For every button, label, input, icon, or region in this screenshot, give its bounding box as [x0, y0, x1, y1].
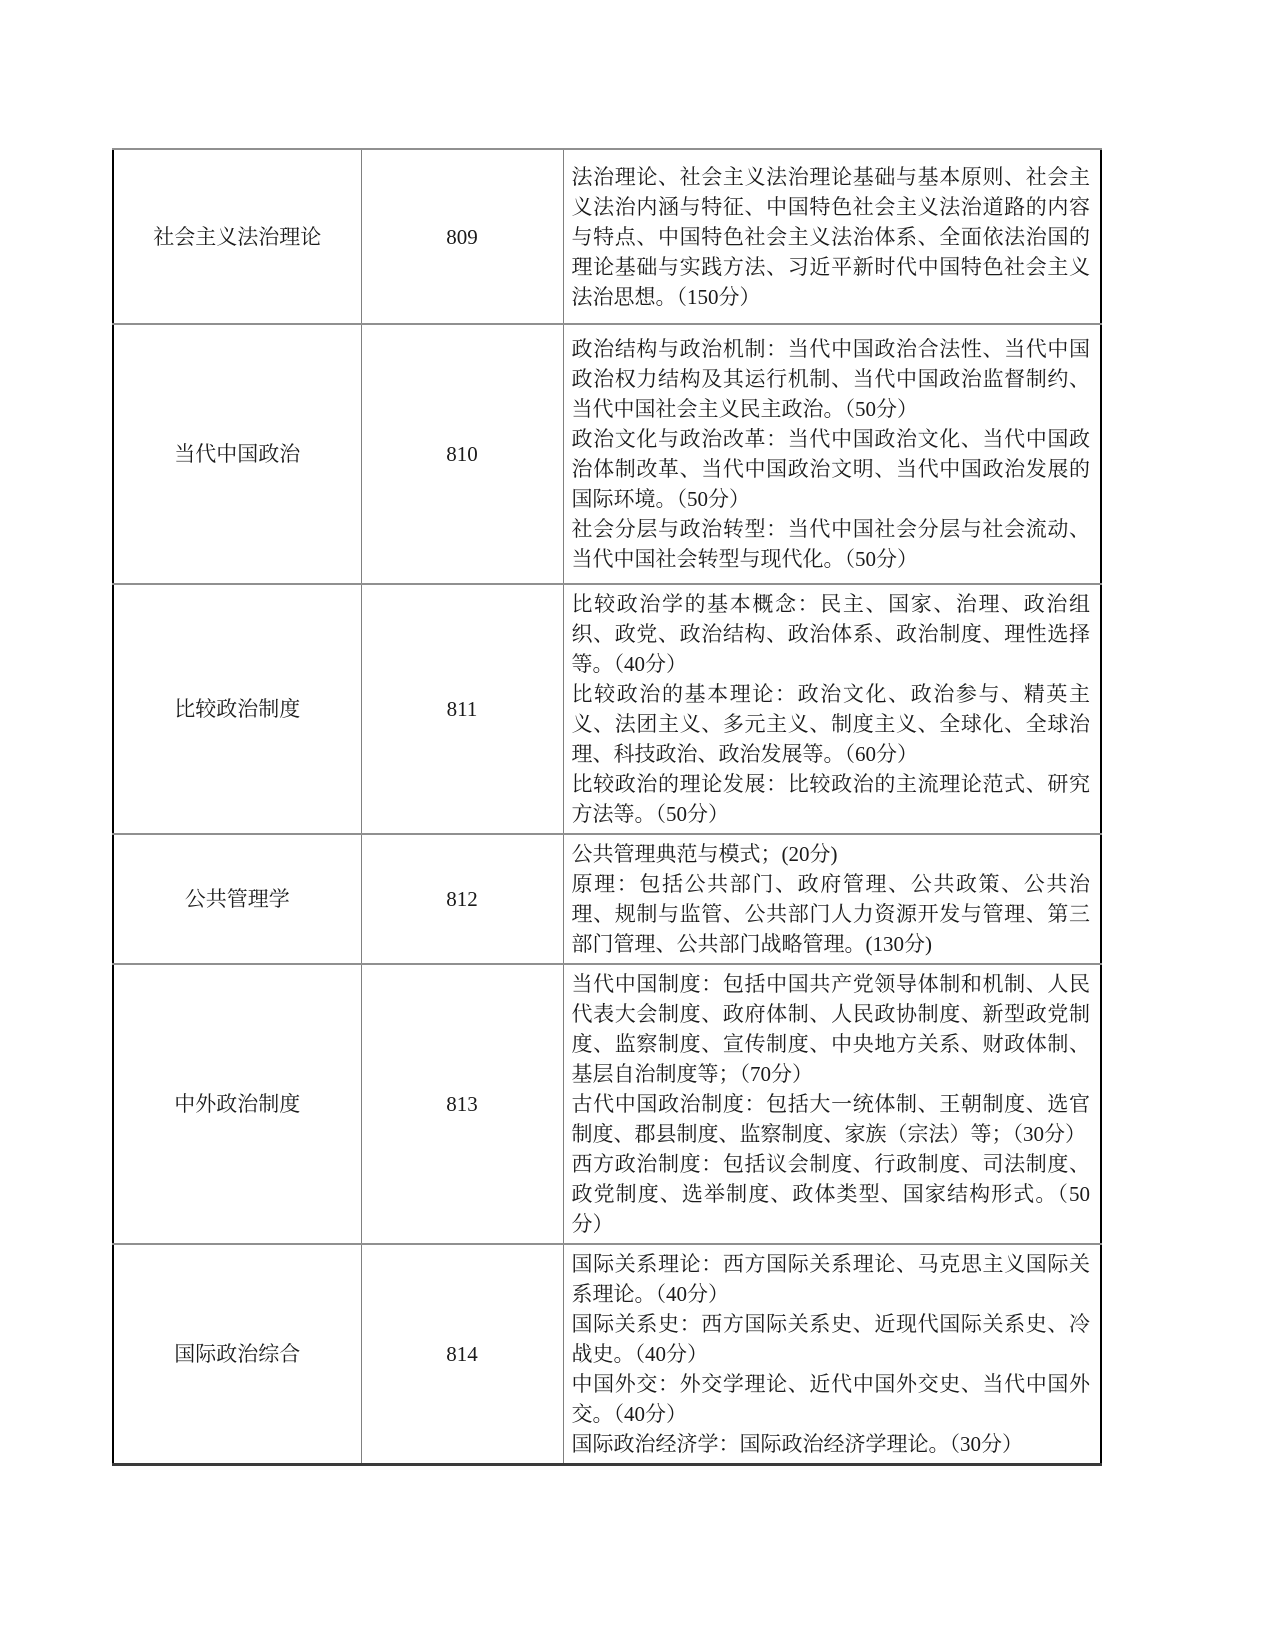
subject-code-cell: 813 [361, 964, 563, 1244]
subject-name-cell: 当代中国政治 [113, 324, 361, 584]
syllabus-table-container: 社会主义法治理论 809 法治理论、社会主义法治理论基础与基本原则、社会主义法治… [112, 148, 1102, 1466]
description-paragraph: 法治理论、社会主义法治理论基础与基本原则、社会主义法治内涵与特征、中国特色社会主… [572, 162, 1091, 312]
subject-code-cell: 814 [361, 1244, 563, 1465]
subject-description-cell: 比较政治学的基本概念：民主、国家、治理、政治组织、政党、政治结构、政治体系、政治… [563, 584, 1101, 834]
description-paragraph: 古代中国政治制度：包括大一统体制、王朝制度、选官制度、郡县制度、监察制度、家族（… [572, 1089, 1091, 1149]
subject-description-cell: 当代中国制度：包括中国共产党领导体制和机制、人民代表大会制度、政府体制、人民政协… [563, 964, 1101, 1244]
description-paragraph: 比较政治的基本理论：政治文化、政治参与、精英主义、法团主义、多元主义、制度主义、… [572, 679, 1091, 769]
description-paragraph: 政治文化与政治改革：当代中国政治文化、当代中国政治体制改革、当代中国政治文明、当… [572, 424, 1091, 514]
table-row: 当代中国政治 810 政治结构与政治机制：当代中国政治合法性、当代中国政治权力结… [113, 324, 1101, 584]
description-paragraph: 中国外交：外交学理论、近代中国外交史、当代中国外交。（40分） [572, 1369, 1091, 1429]
description-paragraph: 当代中国制度：包括中国共产党领导体制和机制、人民代表大会制度、政府体制、人民政协… [572, 969, 1091, 1089]
subject-description-cell: 国际关系理论：西方国际关系理论、马克思主义国际关系理论。（40分） 国际关系史：… [563, 1244, 1101, 1465]
table-row: 国际政治综合 814 国际关系理论：西方国际关系理论、马克思主义国际关系理论。（… [113, 1244, 1101, 1465]
subject-description-cell: 法治理论、社会主义法治理论基础与基本原则、社会主义法治内涵与特征、中国特色社会主… [563, 149, 1101, 324]
subject-name-cell: 国际政治综合 [113, 1244, 361, 1465]
syllabus-table-body: 社会主义法治理论 809 法治理论、社会主义法治理论基础与基本原则、社会主义法治… [113, 149, 1101, 1465]
subject-name-cell: 公共管理学 [113, 834, 361, 964]
subject-name-cell: 中外政治制度 [113, 964, 361, 1244]
description-paragraph: 比较政治学的基本概念：民主、国家、治理、政治组织、政党、政治结构、政治体系、政治… [572, 589, 1091, 679]
description-paragraph: 政治结构与政治机制：当代中国政治合法性、当代中国政治权力结构及其运行机制、当代中… [572, 334, 1091, 424]
subject-code-cell: 809 [361, 149, 563, 324]
document-page: { "table": { "rows": [ { "subject": "社会主… [0, 0, 1275, 1650]
syllabus-table: 社会主义法治理论 809 法治理论、社会主义法治理论基础与基本原则、社会主义法治… [112, 148, 1102, 1466]
subject-description-cell: 政治结构与政治机制：当代中国政治合法性、当代中国政治权力结构及其运行机制、当代中… [563, 324, 1101, 584]
subject-code-cell: 810 [361, 324, 563, 584]
table-row: 比较政治制度 811 比较政治学的基本概念：民主、国家、治理、政治组织、政党、政… [113, 584, 1101, 834]
description-paragraph: 西方政治制度：包括议会制度、行政制度、司法制度、政党制度、选举制度、政体类型、国… [572, 1149, 1091, 1239]
description-paragraph: 国际关系理论：西方国际关系理论、马克思主义国际关系理论。（40分） [572, 1249, 1091, 1309]
subject-code-cell: 812 [361, 834, 563, 964]
subject-name-cell: 社会主义法治理论 [113, 149, 361, 324]
description-paragraph: 比较政治的理论发展：比较政治的主流理论范式、研究方法等。（50分） [572, 769, 1091, 829]
table-row: 中外政治制度 813 当代中国制度：包括中国共产党领导体制和机制、人民代表大会制… [113, 964, 1101, 1244]
subject-description-cell: 公共管理典范与模式；(20分) 原理：包括公共部门、政府管理、公共政策、公共治理… [563, 834, 1101, 964]
table-row: 社会主义法治理论 809 法治理论、社会主义法治理论基础与基本原则、社会主义法治… [113, 149, 1101, 324]
subject-code-cell: 811 [361, 584, 563, 834]
description-paragraph: 国际政治经济学：国际政治经济学理论。（30分） [572, 1429, 1091, 1459]
description-paragraph: 公共管理典范与模式；(20分) [572, 839, 1091, 869]
table-row: 公共管理学 812 公共管理典范与模式；(20分) 原理：包括公共部门、政府管理… [113, 834, 1101, 964]
description-paragraph: 社会分层与政治转型：当代中国社会分层与社会流动、当代中国社会转型与现代化。（50… [572, 514, 1091, 574]
subject-name-cell: 比较政治制度 [113, 584, 361, 834]
description-paragraph: 国际关系史：西方国际关系史、近现代国际关系史、冷战史。（40分） [572, 1309, 1091, 1369]
description-paragraph: 原理：包括公共部门、政府管理、公共政策、公共治理、规制与监管、公共部门人力资源开… [572, 869, 1091, 959]
